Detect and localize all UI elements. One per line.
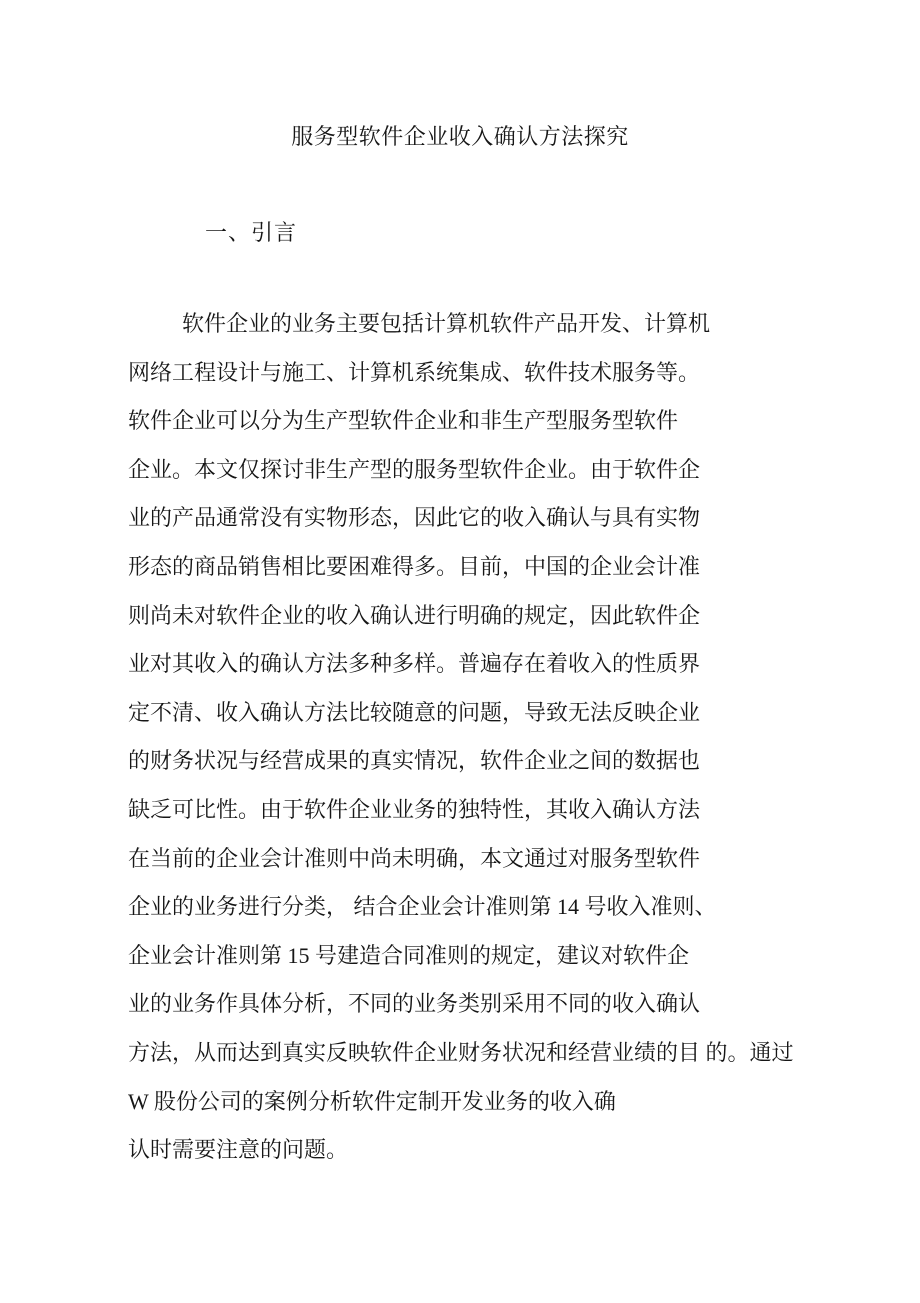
paragraph-line: 的财务状况与经营成果的真实情况，软件企业之间的数据也 (128, 737, 860, 786)
paragraph-line: 方法，从而达到真实反映软件企业财务状况和经营业绩的目 的。通过 (128, 1029, 860, 1078)
paragraph-line: 软件企业可以分为生产型软件企业和非生产型服务型软件 (128, 397, 860, 446)
paragraph-line: 网络工程设计与施工、计算机系统集成、软件技术服务等。 (128, 349, 860, 398)
paragraph-line: 业的产品通常没有实物形态，因此它的收入确认与具有实物 (128, 494, 860, 543)
paragraph-line: 定不清、收入确认方法比较随意的问题，导致无法反映企业 (128, 689, 860, 738)
paragraph-line: 在当前的企业会计准则中尚未明确，本文通过对服务型软件 (128, 835, 860, 884)
paragraph-line: W 股份公司的案例分析软件定制开发业务的收入确 (128, 1078, 860, 1127)
intro-paragraph: 软件企业的业务主要包括计算机软件产品开发、计算机 网络工程设计与施工、计算机系统… (128, 300, 860, 1175)
paragraph-line: 形态的商品销售相比要困难得多。目前，中国的企业会计准 (128, 543, 860, 592)
section-heading-introduction: 一、引言 (205, 216, 920, 250)
paragraph-line: 业的业务作具体分析，不同的业务类别采用不同的收入确认 (128, 980, 860, 1029)
paragraph-line: 缺乏可比性。由于软件企业业务的独特性，其收入确认方法 (128, 786, 860, 835)
paragraph-line: 认时需要注意的问题。 (128, 1126, 860, 1175)
document-title: 服务型软件企业收入确认方法探究 (0, 120, 920, 154)
paragraph-line: 软件企业的业务主要包括计算机软件产品开发、计算机 (128, 300, 860, 349)
paragraph-line: 则尚未对软件企业的收入确认进行明确的规定，因此软件企 (128, 592, 860, 641)
paragraph-line: 企业会计准则第 15 号建造合同准则的规定，建议对软件企 (128, 932, 860, 981)
paragraph-line: 企业的业务进行分类， 结合企业会计准则第 14 号收入准则、 (128, 883, 860, 932)
paragraph-line: 业对其收入的确认方法多种多样。普遍存在着收入的性质界 (128, 640, 860, 689)
paragraph-line: 企业。本文仅探讨非生产型的服务型软件企业。由于软件企 (128, 446, 860, 495)
document-page: 服务型软件企业收入确认方法探究 一、引言 软件企业的业务主要包括计算机软件产品开… (0, 0, 920, 1303)
